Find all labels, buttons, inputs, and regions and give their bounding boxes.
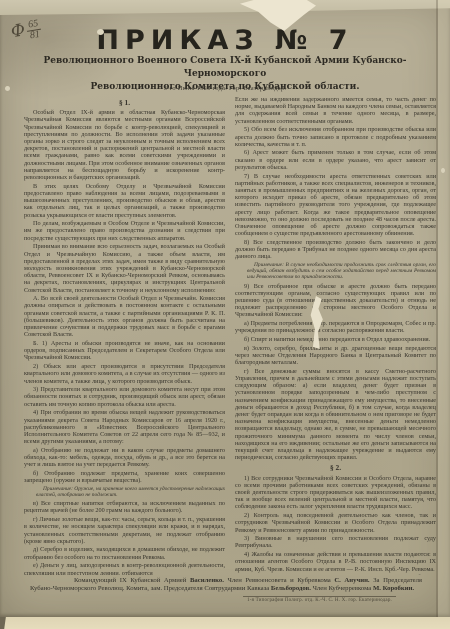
signature-block: Командующий IX Кубанской Армией Василенк… [30, 577, 422, 592]
right-column: Если же на иждивении задержанного имеетс… [235, 96, 436, 575]
signature-text: Командующий IX Кубанской Армией [74, 577, 190, 584]
note-paragraph: Примечание: Оружие, на хранение коего им… [36, 486, 225, 498]
document-paper: Ф6581 ПРИКАЗ № 7 Революционного Военного… [0, 0, 450, 617]
fold-crease [436, 0, 438, 617]
body-paragraph: 5) Обо всем без исключения отобранном пр… [235, 126, 436, 148]
body-paragraph: б) Спирт и напитки немедленно передаются… [235, 336, 436, 343]
body-paragraph: в) Все спиртные напитки отбираются, за и… [24, 500, 225, 514]
body-paragraph: г) Все денежные суммы вносятся в кассу С… [235, 368, 436, 462]
body-paragraph: Особый Отдел IX-й армии и областная Куба… [24, 109, 225, 181]
paper-speck [97, 29, 104, 35]
body-paragraph: Б. 1) Аресты и обыски производятся не ин… [24, 340, 225, 362]
signature-text: Член Кубчерревкома [311, 585, 373, 592]
body-paragraph: 7) В случае необходимости ареста ответст… [235, 173, 436, 238]
body-paragraph: А. Во всей своей деятельности Особый Отд… [24, 295, 225, 338]
order-subtitle-line1: Революционного Военного Совета IX-й Куба… [20, 55, 430, 81]
body-paragraph: 3) Представители квартального или домово… [24, 386, 225, 408]
body-paragraph: д) Серебро в изделиях, находящихся в дом… [24, 546, 225, 560]
body-paragraph: Все отдельские и станичные Ревкомы и Пол… [235, 574, 436, 575]
scanned-document-page: Ф6581 ПРИКАЗ № 7 Революционного Военного… [0, 0, 450, 629]
body-paragraph: г) Личные золотые вещи, как-то: часы, се… [24, 516, 225, 545]
body-paragraph: б) Отобранию подлежат предметы, хранение… [24, 470, 225, 484]
body-paragraph: в) Золото, серебро, бриллианты и др. дра… [235, 345, 436, 367]
print-shop-imprint: 1-я Типография Полигр. отд. К.-Ч. С. Н. … [243, 596, 396, 603]
body-paragraph: Принимая во внимание всю серьезность зад… [24, 243, 225, 293]
paper-top-edge [0, 0, 450, 15]
body-paragraph: 9) Все отобранное при обыске и аресте до… [235, 283, 436, 319]
paper-speck [441, 168, 445, 173]
body-paragraph: 1) Все сотрудники Чрезвычайной Комиссии … [235, 475, 436, 511]
body-paragraph: а) Отобранию не подлежат ни в каком случ… [24, 447, 225, 469]
body-paragraph: 2) Контроль над повседневной деятельност… [235, 512, 436, 534]
signatory-name: М. Коробкин. [373, 585, 414, 592]
signatory-name: Василенко. [190, 577, 224, 584]
body-paragraph: 2) Обыск или арест производится в присут… [24, 363, 225, 385]
section-heading: § 1. [24, 99, 225, 106]
body-columns: § 1.Особый Отдел IX-й армии и областная … [24, 96, 436, 575]
body-paragraph: 8) Все следственное производство должно … [235, 239, 436, 261]
order-title: ПРИКАЗ № 7 [0, 25, 450, 56]
signatory-name: С. Анучин. [334, 577, 369, 584]
paper-speck [5, 86, 10, 91]
body-paragraph: а) Предметы потребления и пр. передаются… [235, 320, 436, 334]
signature-text: Член Реввоенсовета и Кубревкома [224, 577, 334, 584]
paper-right-edge [438, 0, 450, 617]
body-paragraph: е) Деньги у лиц, заподозренных в контр-р… [24, 562, 225, 575]
signatory-name: Бельбородов. [271, 585, 311, 592]
body-paragraph: 3) Виновные в нарушении сего постановлен… [235, 535, 436, 549]
note-paragraph: Примечание: В случае необходимости продо… [247, 262, 436, 281]
body-paragraph: По делам, возбуждаемым в Особом Отделе и… [24, 220, 225, 242]
body-paragraph: В этих целях Особому Отделу и Чрезвычайн… [24, 183, 225, 219]
dateline: 3-го Июня 1920 года. Гор. Екатеринодар. [0, 85, 450, 92]
left-column: § 1.Особый Отдел IX-й армии и областная … [24, 96, 225, 575]
body-paragraph: 4) Жалобы на означенные действия и превы… [235, 551, 436, 573]
body-paragraph: 6) Арест может быть применен только в то… [235, 149, 436, 171]
body-paragraph: 4) При отобрании во время обыска вещей н… [24, 409, 225, 445]
section-heading: § 2. [235, 464, 436, 471]
body-paragraph: Если же на иждивении задержанного имеетс… [235, 96, 436, 125]
